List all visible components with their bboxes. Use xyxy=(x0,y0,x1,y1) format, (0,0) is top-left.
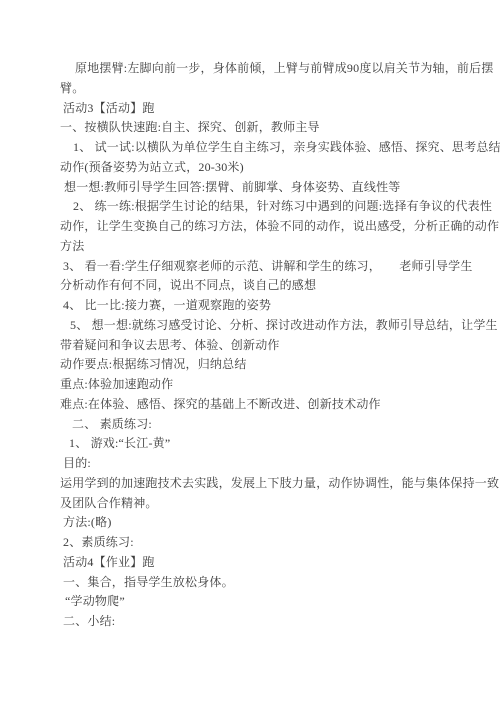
doc-line: 及团队合作精神。 xyxy=(60,494,470,514)
doc-line: 4、 比一比:接力赛，一道观察跑的姿势 xyxy=(60,296,470,316)
doc-line: 1、 游戏:“长江-黄” xyxy=(60,434,470,454)
doc-line: “学动物爬” xyxy=(60,592,470,612)
doc-line: 二、 素质练习: xyxy=(60,415,470,435)
doc-line: 方法:(略) xyxy=(60,513,470,533)
doc-line: 一、集合，指导学生放松身体。 xyxy=(60,573,470,593)
doc-line: 活动3【活动】跑 xyxy=(60,99,470,119)
doc-line: 5、 想一想:就练习感受讨论、分析、探讨改进动作方法，教师引导总结，让学生 xyxy=(60,316,470,336)
doc-line: 想一想:教师引导学生回答:摆臂、前脚掌、身体姿势、直线性等 xyxy=(60,178,470,198)
doc-line: 动作，让学生变换自己的练习方法，体验不同的动作，说出感受，分析正确的动作 xyxy=(60,217,470,237)
doc-line: 动作要点:根据练习情况，归纳总结 xyxy=(60,355,470,375)
doc-line: 臂。 xyxy=(60,79,470,99)
doc-line: 一、按横队快速跑:自主、探究、创新，教师主导 xyxy=(60,118,470,138)
doc-line: 重点:体验加速跑动作 xyxy=(60,375,470,395)
doc-line: 动作(预备姿势为站立式，20-30米) xyxy=(60,158,470,178)
doc-line: 难点:在体验、感悟、探究的基础上不断改进、创新技术动作 xyxy=(60,395,470,415)
doc-line: 2、 练一练:根据学生讨论的结果，针对练习中遇到的问题:选择有争议的代表性 xyxy=(60,197,470,217)
doc-line: 2、素质练习: xyxy=(60,533,470,553)
doc-line: 方法 xyxy=(60,237,470,257)
doc-line: 二、小结: xyxy=(60,612,470,632)
doc-line: 带着疑问和争议去思考、体验、创新动作 xyxy=(60,336,470,356)
doc-line: 运用学到的加速跑技术去实践，发展上下肢力量，动作协调性，能与集体保持一致 xyxy=(60,474,470,494)
doc-line: 活动4【作业】跑 xyxy=(60,553,470,573)
doc-line: 分析动作有何不同，说出不同点，谈自己的感想 xyxy=(60,276,470,296)
doc-line: 1、 试一试:以横队为单位学生自主练习，亲身实践体验、感悟、探究、思考总结 xyxy=(60,138,470,158)
doc-line: 目的: xyxy=(60,454,470,474)
document-page: 原地摆臂:左脚向前一步，身体前倾，上臂与前臂成90度以肩关节为轴，前后摆 臂。 … xyxy=(0,0,500,707)
doc-line: 3、 看一看:学生仔细观察老师的示范、讲解和学生的练习， 老师引导学生 xyxy=(60,257,470,277)
doc-line: 原地摆臂:左脚向前一步，身体前倾，上臂与前臂成90度以肩关节为轴，前后摆 xyxy=(60,59,470,79)
